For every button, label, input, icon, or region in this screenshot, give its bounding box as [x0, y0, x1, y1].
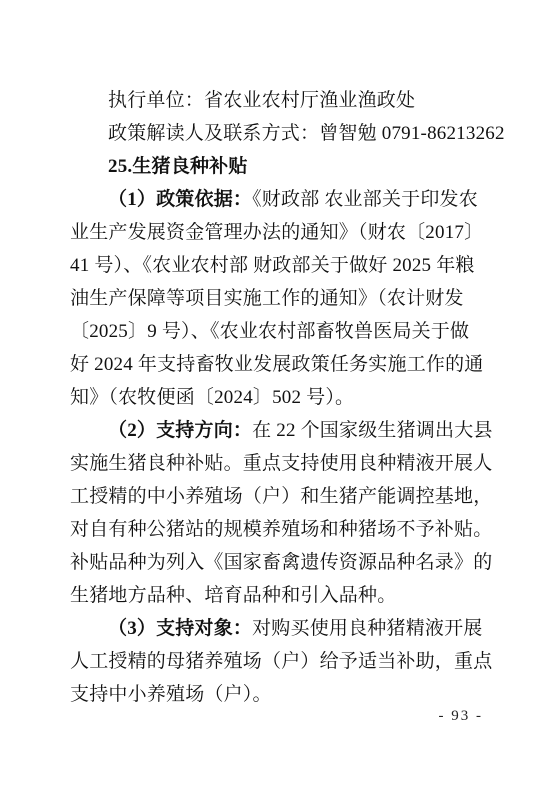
text-line: 实施生猪良种补贴。重点支持使用良种精液开展人: [70, 447, 493, 480]
line-text: 业生产发展资金管理办法的通知》（财农〔2017〕: [70, 222, 483, 243]
text-line: 人工授精的母猪养殖场（户）给予适当补助，重点: [70, 645, 493, 678]
text-line: 补贴品种为列入《国家畜禽遗传资源品种名录》的: [70, 546, 493, 579]
page-number: - 93 -: [439, 708, 484, 725]
line-text: 人工授精的母猪养殖场（户）给予适当补助，重点: [70, 651, 492, 672]
text-line: 油生产保障等项目实施工作的通知》（农计财发: [70, 282, 493, 315]
line-text: 执行单位：省农业农村厅渔业渔政处: [108, 90, 415, 111]
text-line-policy-contact: 政策解读人及联系方式：曾智勉 0791-86213262: [70, 117, 493, 150]
line-text: 工授精的中小养殖场（户）和生猪产能调控基地，: [70, 486, 492, 507]
line-text: 好 2024 年支持畜牧业发展政策任务实施工作的通: [70, 354, 484, 375]
text-line: 41 号）、《农业农村部 财政部关于做好 2025 年粮: [70, 249, 493, 282]
line-text: 实施生猪良种补贴。重点支持使用良种精液开展人: [70, 453, 492, 474]
line-text: 对自有种公猪站的规模养殖场和种猪场不予补贴。: [70, 519, 492, 540]
line-text: 生猪地方品种、培育品种和引入品种。: [70, 585, 396, 606]
text-line: 工授精的中小养殖场（户）和生猪产能调控基地，: [70, 480, 493, 513]
line-text: 《财政部 农业部关于印发农: [252, 189, 478, 210]
line-text: 41 号）、《农业农村部 财政部关于做好 2025 年粮: [70, 255, 475, 276]
text-line: 支持中小养殖场（户）。: [70, 678, 493, 711]
line-text: 〔2025〕9 号）、《农业农村部畜牧兽医局关于做: [70, 321, 469, 342]
text-line: 好 2024 年支持畜牧业发展政策任务实施工作的通: [70, 348, 493, 381]
line-text: 支持中小养殖场（户）。: [70, 684, 272, 705]
line-text: 在 22 个国家级生猪调出大县: [252, 420, 493, 441]
line-text: 补贴品种为列入《国家畜禽遗传资源品种名录》的: [70, 552, 492, 573]
line-text: 知》（农牧便函〔2024〕502 号）。: [70, 387, 354, 408]
text-line: 生猪地方品种、培育品种和引入品种。: [70, 579, 493, 612]
text-line-policy-basis: （1）政策依据：《财政部 农业部关于印发农: [70, 183, 493, 216]
text-line: 业生产发展资金管理办法的通知》（财农〔2017〕: [70, 216, 493, 249]
line-text: 政策解读人及联系方式：曾智勉 0791-86213262: [108, 123, 505, 144]
line-text: 油生产保障等项目实施工作的通知》（农计财发: [70, 288, 464, 309]
bold-run: （3）支持对象：: [108, 618, 252, 639]
text-line-executing-unit: 执行单位：省农业农村厅渔业渔政处: [70, 84, 493, 117]
bold-run: （1）政策依据：: [108, 189, 252, 210]
text-line: 知》（农牧便函〔2024〕502 号）。: [70, 381, 493, 414]
text-line: 〔2025〕9 号）、《农业农村部畜牧兽医局关于做: [70, 315, 493, 348]
text-line: 对自有种公猪站的规模养殖场和种猪场不予补贴。: [70, 513, 493, 546]
line-text: 对购买使用良种猪精液开展: [252, 618, 482, 639]
document-page: 执行单位：省农业农村厅渔业渔政处 政策解读人及联系方式：曾智勉 0791-862…: [0, 0, 559, 793]
bold-run: （2）支持方向：: [108, 420, 252, 441]
section-heading-25: 25.生猪良种补贴: [70, 150, 493, 183]
text-line-support-direction: （2）支持方向：在 22 个国家级生猪调出大县: [70, 414, 493, 447]
heading-text: 25.生猪良种补贴: [108, 156, 248, 177]
text-line-support-target: （3）支持对象：对购买使用良种猪精液开展: [70, 612, 493, 645]
